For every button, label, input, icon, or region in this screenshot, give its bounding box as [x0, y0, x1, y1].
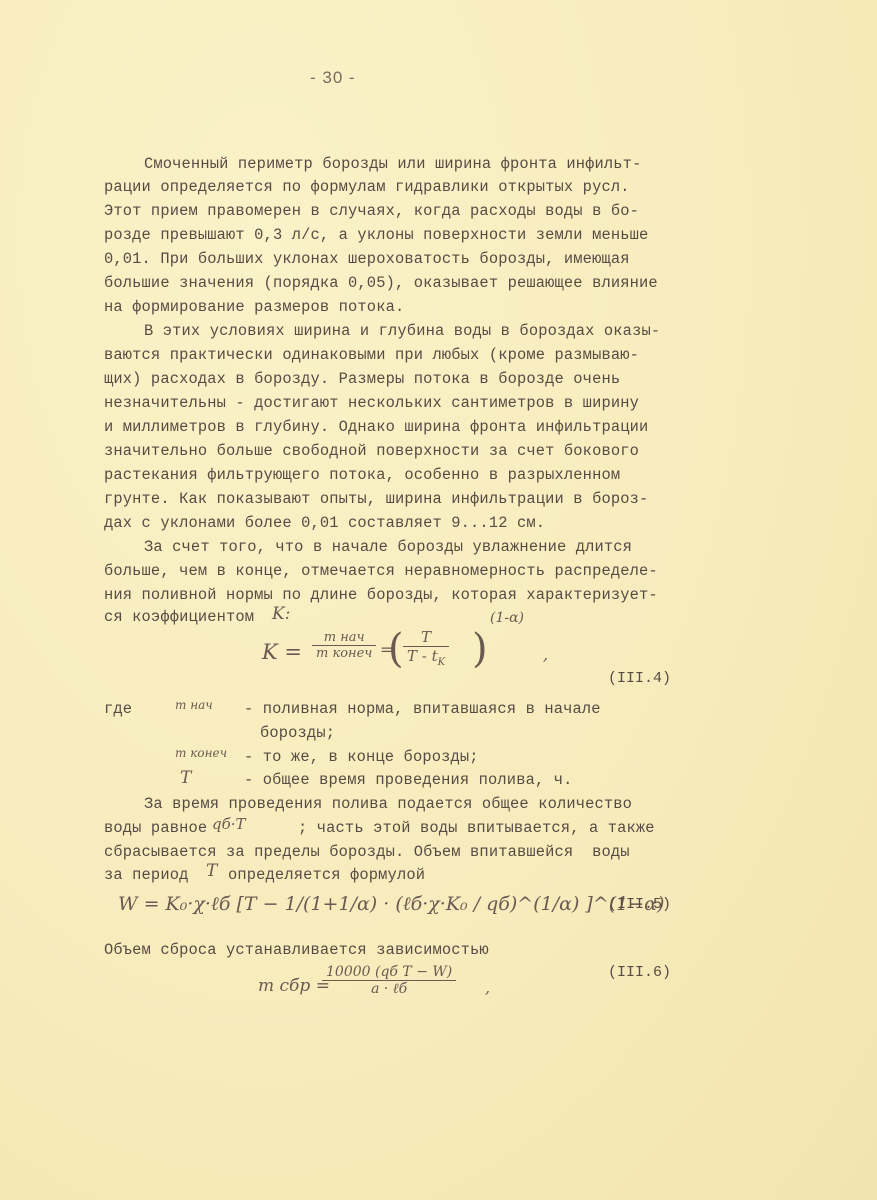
text-line: за период: [104, 866, 188, 884]
symbol-t: T: [180, 768, 191, 788]
equation-number: (III.5): [608, 896, 671, 913]
text-line: больше, чем в конце, отмечается неравном…: [104, 562, 658, 580]
eq4-inner-fraction: T T - tK: [403, 628, 449, 668]
text-line: За время проведения полива подается обще…: [144, 795, 632, 813]
eq4-sub: K: [438, 657, 445, 668]
definition: борозды;: [260, 724, 335, 742]
text-line: грунте. Как показывают опыты, ширина инф…: [104, 490, 648, 508]
text-line: воды равное: [104, 819, 207, 837]
text-line: дах с уклонами более 0,01 составляет 9..…: [104, 514, 545, 532]
text-line: рации определяется по формулам гидравлик…: [104, 178, 630, 196]
eq4-inner-den: T - t: [407, 647, 438, 665]
eq6-den: a · ℓб: [322, 981, 456, 998]
eq4-fraction: m нач m конеч: [312, 630, 376, 661]
equation-number: (III.4): [608, 670, 671, 687]
page-number: - 30 -: [310, 68, 356, 88]
eq4-den: m конеч: [312, 646, 376, 661]
text-line: Смоченный периметр борозды или ширина фр…: [144, 155, 641, 173]
text-line: ся коэффициентом: [104, 608, 254, 626]
symbol-m-nach: m нач: [175, 698, 213, 712]
definition: - то же, в конце борозды;: [244, 748, 479, 766]
where-label: где: [104, 700, 132, 718]
eq6-comma: ,: [485, 978, 490, 997]
definition: - общее время проведения полива, ч.: [244, 771, 573, 789]
eq4-inner-num: T: [403, 628, 449, 647]
text-line: значительно больше свободной поверхности…: [104, 442, 639, 460]
text-line: ваются практически одинаковыми при любых…: [104, 346, 639, 364]
eq4-lhs: K =: [262, 640, 302, 664]
symbol-m-konech: m конеч: [175, 746, 227, 760]
text-line: растекания фильтрующего потока, особенно…: [104, 466, 620, 484]
text-line: За счет того, что в начале борозды увлаж…: [144, 538, 632, 556]
eq4-equals: =: [380, 640, 393, 659]
text-line: большие значения (порядка 0,05), оказыва…: [104, 274, 658, 292]
text-line: В этих условиях ширина и глубина воды в …: [144, 322, 660, 340]
text-line: определяется формулой: [228, 866, 425, 884]
eq4-exponent: (1-α): [490, 610, 524, 626]
equation-number: (III.6): [608, 964, 671, 981]
text-line: ния поливной нормы по длине борозды, кот…: [104, 586, 658, 604]
text-line: сбрасывается за пределы борозды. Объем в…: [104, 843, 630, 861]
eq6-lhs: m сбр =: [258, 976, 330, 996]
text-line: Объем сброса устанавливается зависимость…: [104, 941, 489, 959]
eq4-num: m нач: [312, 630, 376, 646]
scanned-page: - 30 - Смоченный периметр борозды или ши…: [0, 0, 877, 1200]
text-line: и миллиметров в глубину. Однако ширина ф…: [104, 418, 648, 436]
eq4-comma: ,: [543, 645, 548, 664]
definition: - поливная норма, впитавшаяся в начале: [244, 700, 601, 718]
symbol-k: K:: [272, 604, 290, 624]
inline-q-t: qб·T: [212, 815, 246, 833]
eq6-fraction: 10000 (qб T − W) a · ℓб: [322, 964, 456, 998]
text-line: розде превышают 0,3 л/с, а уклоны поверх…: [104, 226, 648, 244]
equation-iii-5: W = K₀·χ·ℓб [T − 1/(1+1/α) · (ℓб·χ·K₀ / …: [118, 893, 664, 916]
text-line: незначительны - достигают нескольких сан…: [104, 394, 639, 412]
inline-t: T: [206, 861, 217, 881]
text-line: Этот прием правомерен в случаях, когда р…: [104, 202, 639, 220]
eq4-close-paren: ): [472, 626, 488, 672]
eq6-num: 10000 (qб T − W): [322, 964, 456, 981]
text-line: щих) расходах в борозду. Размеры потока …: [104, 370, 620, 388]
text-line: ; часть этой воды впитывается, а также: [298, 819, 655, 837]
text-line: на формирование размеров потока.: [104, 298, 404, 316]
text-line: 0,01. При больших уклонах шероховатость …: [104, 250, 630, 268]
